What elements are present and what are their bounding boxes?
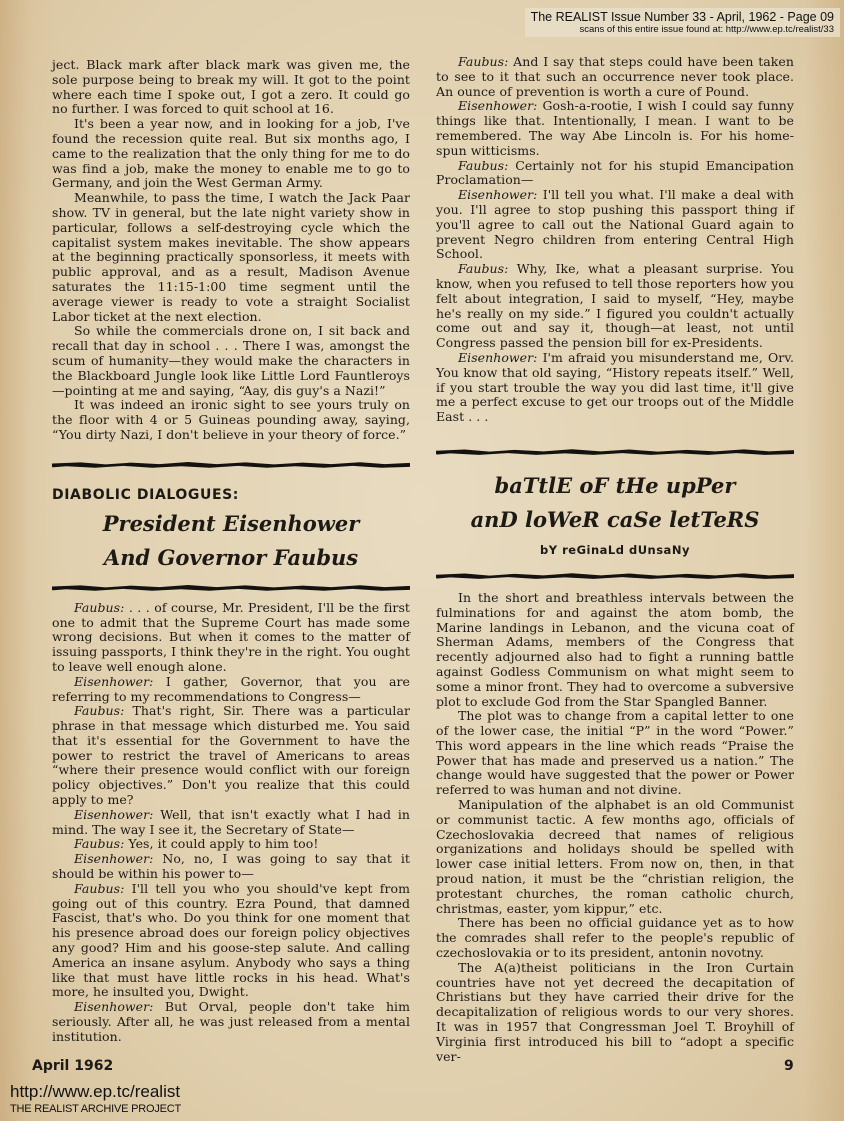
- paragraph: So while the commercials drone on, I sit…: [52, 324, 410, 398]
- continued-article: ject. Black mark after black mark was gi…: [52, 58, 410, 443]
- paragraph: The A(a)theist politicians in the Iron C…: [436, 961, 794, 1065]
- dialogue-line: Faubus: . . . of course, Mr. President, …: [52, 601, 410, 675]
- dialogue-line: Faubus: I'll tell you who you should've …: [52, 882, 410, 1000]
- speaker-name: Faubus:: [74, 836, 124, 851]
- letters-article-body: In the short and breathless intervals be…: [436, 591, 794, 1065]
- left-column: ject. Black mark after black mark was gi…: [52, 0, 410, 1045]
- speaker-name: Eisenhower:: [74, 807, 153, 822]
- speaker-name: Eisenhower:: [458, 98, 537, 113]
- dialogue-text: That's right, Sir. There was a particula…: [52, 703, 410, 807]
- dialogue-line: Faubus: That's right, Sir. There was a p…: [52, 704, 410, 808]
- paragraph: Manipulation of the alphabet is an old C…: [436, 798, 794, 916]
- dialogue-line: Faubus: Yes, it could apply to him too!: [52, 837, 410, 852]
- dialogue-line: Eisenhower: Well, that isn't exactly wha…: [52, 808, 410, 838]
- speaker-name: Faubus:: [458, 158, 508, 173]
- dialogue-line: Faubus: Certainly not for his stupid Ema…: [436, 159, 794, 189]
- dialogue-line: Eisenhower: I'll tell you what. I'll mak…: [436, 188, 794, 262]
- dialogue-body: Faubus: . . . of course, Mr. President, …: [52, 601, 410, 1045]
- paragraph: It's been a year now, and in looking for…: [52, 117, 410, 191]
- dialogue-line: Faubus: Why, Ike, what a pleasant surpri…: [436, 262, 794, 351]
- section-kicker: DIABOLIC DIALOGUES:: [52, 487, 410, 503]
- dialogue-line: Eisenhower: I'm afraid you misunderstand…: [436, 351, 794, 425]
- speaker-name: Eisenhower:: [74, 999, 153, 1014]
- right-column: Faubus: And I say that steps could have …: [436, 0, 794, 1064]
- speaker-name: Faubus:: [458, 54, 508, 69]
- dialogue-continued: Faubus: And I say that steps could have …: [436, 55, 794, 425]
- byline: bY reGinaLd dUnsaNy: [436, 543, 794, 557]
- dialogue-line: Eisenhower: Gosh-a-rootie, I wish I coul…: [436, 99, 794, 158]
- speaker-name: Faubus:: [458, 261, 508, 276]
- paragraph: ject. Black mark after black mark was gi…: [52, 58, 410, 117]
- archive-url-link[interactable]: http://www.ep.tc/realist: [10, 1082, 180, 1102]
- speaker-name: Eisenhower:: [458, 350, 537, 365]
- paragraph: Meanwhile, to pass the time, I watch the…: [52, 191, 410, 324]
- page-number: 9: [784, 1058, 794, 1074]
- speaker-name: Faubus:: [74, 703, 124, 718]
- headline-line-2: And Governor Faubus: [52, 541, 410, 575]
- archive-project-name: THE REALIST ARCHIVE PROJECT: [10, 1103, 181, 1115]
- dialogue-line: Eisenhower: But Orval, people don't take…: [52, 1000, 410, 1044]
- headline-line-1: President Eisenhower: [52, 507, 410, 541]
- paragraph: The plot was to change from a capital le…: [436, 709, 794, 798]
- speaker-name: Eisenhower:: [74, 674, 153, 689]
- paragraph: It was indeed an ironic sight to see you…: [52, 398, 410, 442]
- dialogue-line: Eisenhower: No, no, I was going to say t…: [52, 852, 410, 882]
- speaker-name: Eisenhower:: [74, 851, 153, 866]
- letters-headline-line-2: anD loWeR caSe letTeRS: [436, 503, 794, 537]
- dialogue-line: Faubus: And I say that steps could have …: [436, 55, 794, 99]
- speaker-name: Faubus:: [74, 881, 124, 896]
- dialogue-line: Eisenhower: I gather, Governor, that you…: [52, 675, 410, 705]
- dialogue-text: Yes, it could apply to him too!: [128, 836, 318, 851]
- speaker-name: Faubus:: [74, 600, 124, 615]
- paragraph: There has been no official guidance yet …: [436, 916, 794, 960]
- speaker-name: Eisenhower:: [458, 187, 537, 202]
- letters-headline-line-1: baTtlE oF tHe upPer: [436, 469, 794, 503]
- paragraph: In the short and breathless intervals be…: [436, 591, 794, 709]
- dialogue-text: I'll tell you who you should've kept fro…: [52, 881, 410, 1000]
- issue-date: April 1962: [32, 1058, 113, 1074]
